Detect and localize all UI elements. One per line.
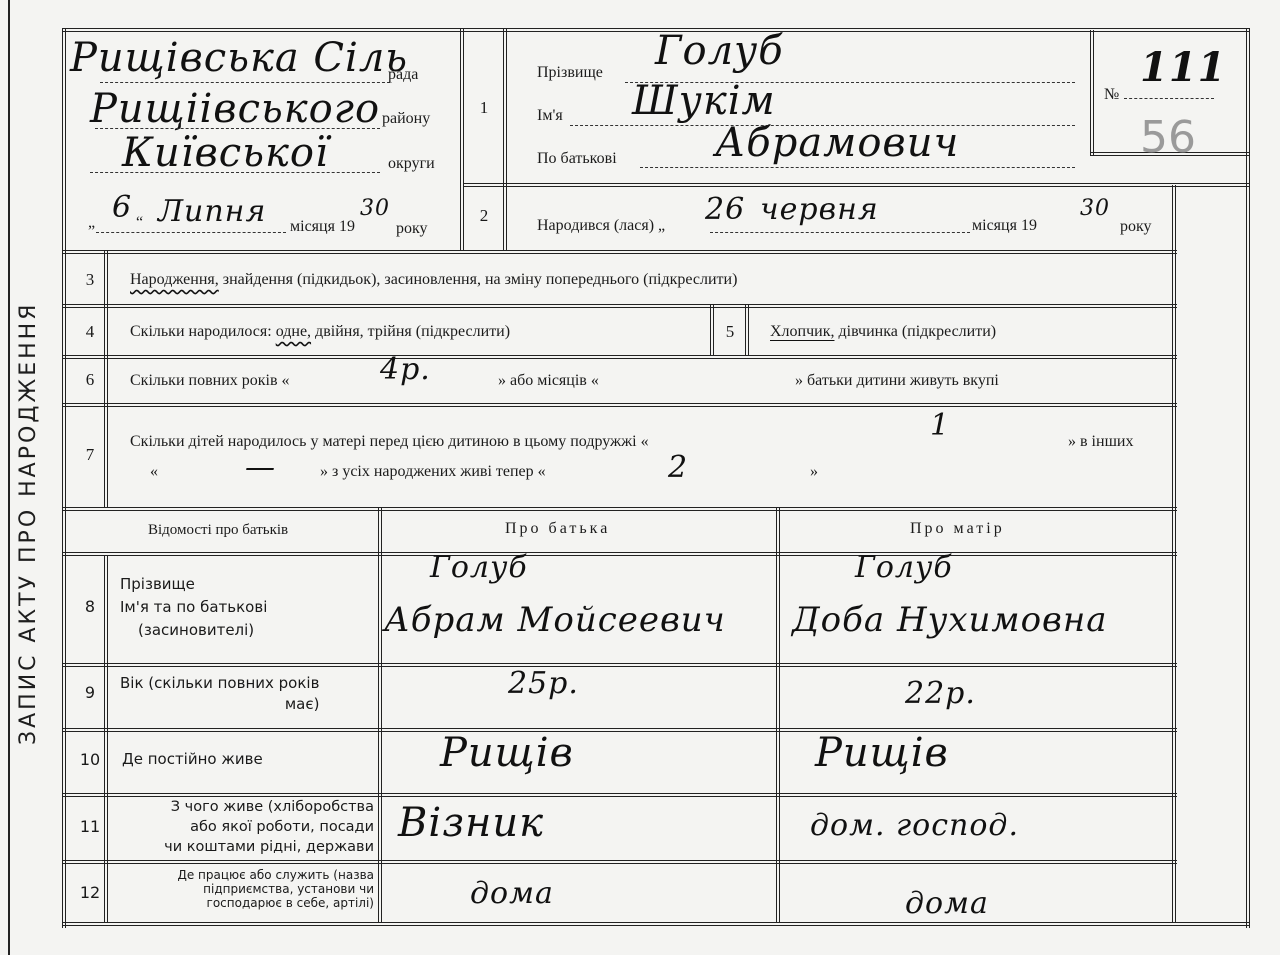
- header-section-divider: [463, 183, 1250, 187]
- mother-residence: Рищів: [815, 730, 949, 776]
- frame-right-border: [1246, 28, 1250, 928]
- reg-date-year-label: року: [396, 220, 428, 238]
- row-4-text: Скільки народилося: одне, двійня, трійня…: [130, 323, 510, 341]
- row-3-number: 3: [78, 270, 102, 290]
- row-7-line1-label: Скільки дітей народилось у матері перед …: [130, 433, 649, 451]
- row-10-number: 10: [78, 750, 102, 769]
- council-label: рада: [388, 66, 418, 84]
- row-11-label-line-1: З чого живе (хліборобства: [122, 797, 374, 817]
- born-year-label: року: [1120, 218, 1152, 236]
- parents-number-divider: [104, 555, 108, 922]
- reg-date-month: Липня: [158, 194, 266, 229]
- children-this-marriage: 1: [930, 408, 950, 443]
- okrug-value: Київської: [122, 130, 329, 176]
- row-4-top: [62, 304, 1177, 308]
- reg-date-day: 6: [112, 190, 132, 225]
- mother-age: 22р.: [905, 676, 976, 711]
- row-7-line1-end: » в інших: [1068, 433, 1133, 451]
- sex-options: дівчинка (підкреслити): [834, 323, 996, 340]
- row-11-label: З чого живе (хліборобства або якої робот…: [122, 797, 374, 857]
- born-line: [710, 232, 970, 233]
- row-6-top: [62, 355, 1177, 359]
- row-8-label-line-3: (засиновителі): [120, 619, 267, 642]
- row-7-line2-open: «: [150, 463, 158, 481]
- reg-date-quote-close: “: [136, 214, 143, 232]
- record-box-left: [1090, 30, 1094, 155]
- row-5-number: 5: [718, 322, 742, 342]
- district-value: Рищіівського: [90, 86, 380, 132]
- mother-name-patronymic: Доба Нухимовна: [792, 600, 1108, 640]
- row-9-top: [62, 663, 1177, 667]
- outer-left-rule: [8, 0, 10, 955]
- birth-type-options: знайдення (підкидьок), засиновлення, на …: [219, 271, 738, 288]
- row-8-label-line-1: Прізвище: [120, 573, 267, 596]
- parents-header-mother: Про матір: [910, 520, 1005, 538]
- mother-workplace: дома: [905, 886, 989, 921]
- birth-type-selected: Народження,: [130, 271, 219, 288]
- multiplicity-options: двійня, трійня (підкреслити): [311, 323, 510, 340]
- row-9-label-line-2: має): [120, 694, 319, 715]
- father-occupation: Візник: [398, 800, 544, 846]
- row-6-number: 6: [78, 370, 102, 390]
- row-12-number: 12: [78, 883, 102, 902]
- council-line: [100, 82, 390, 83]
- header-divider-right: [503, 28, 507, 250]
- row-12-top: [62, 860, 1177, 864]
- document-side-title: ЗАПИС АКТУ ПРО НАРОДЖЕННЯ: [16, 302, 41, 745]
- row-7-line2-close: »: [810, 463, 818, 481]
- row-11-label-line-3: чи коштами рідні, держави: [122, 837, 374, 857]
- row-12-label-line-3: господарює в себе, артілі): [122, 896, 374, 910]
- row-6-label-b: » або місяців «: [498, 372, 599, 390]
- parents-header-info: Відомості про батьків: [148, 522, 288, 539]
- first-name-value: Шукім: [632, 78, 776, 124]
- okrug-line: [90, 172, 380, 173]
- row-11-label-line-2: або якої роботи, посади: [122, 817, 374, 837]
- row-9-label: Вік (скільки повних років має): [120, 673, 319, 715]
- reg-date-month-label: місяця 19: [290, 218, 355, 236]
- row-11-number: 11: [78, 817, 102, 836]
- children-alive-now: 2: [668, 450, 688, 485]
- frame-bottom-border: [62, 922, 1250, 926]
- row-10-top: [62, 728, 1177, 732]
- children-other-marriages: —: [245, 450, 276, 485]
- parents-header-father: Про батька: [505, 520, 610, 538]
- born-label: Народився (лася) „: [537, 217, 665, 235]
- born-year: 30: [1080, 196, 1110, 221]
- record-number-line: [1124, 98, 1214, 99]
- mother-occupation: дом. господ.: [810, 808, 1019, 843]
- patronymic-label: По батькові: [537, 150, 617, 168]
- father-residence: Рищів: [440, 730, 574, 776]
- sex-selected: Хлопчик,: [770, 323, 834, 340]
- row-12-label-line-2: підприємства, установи чи: [122, 882, 374, 896]
- father-surname: Голуб: [430, 550, 528, 585]
- first-name-label: Ім'я: [537, 107, 563, 125]
- patronymic-line: [640, 167, 1075, 168]
- pencil-note: 56: [1140, 112, 1196, 163]
- patronymic-value: Абрамович: [715, 120, 959, 166]
- row-4-5-divider-a: [710, 304, 714, 355]
- row-7-line2-mid: » з усіх народжених живі тепер «: [320, 463, 546, 481]
- row-4-number: 4: [78, 322, 102, 342]
- parents-header-top: [62, 507, 1177, 511]
- multiplicity-selected: одне,: [276, 323, 311, 340]
- parents-together-years: 4р.: [380, 352, 431, 387]
- born-month-label: місяця 19: [972, 217, 1037, 235]
- okrug-label: округи: [388, 155, 435, 173]
- section-2-right-border: [1172, 185, 1176, 250]
- record-number-value: 111: [1140, 44, 1227, 91]
- row-3-text: Народження, знайдення (підкидьок), засин…: [130, 271, 737, 289]
- born-day: 26: [705, 192, 745, 227]
- father-age: 25р.: [508, 666, 579, 701]
- reg-date-quote-open: „: [88, 214, 95, 232]
- row-8-label-line-2: Ім'я та по батькові: [120, 596, 267, 619]
- rows-right-border: [1172, 250, 1176, 922]
- row-7-top: [62, 403, 1177, 407]
- row-6-label-c: » батьки дитини живуть вкупі: [795, 372, 999, 390]
- row-8-number: 8: [78, 597, 102, 616]
- father-name-patronymic: Абрам Мойсеевич: [384, 600, 726, 640]
- parents-header-bottom: [62, 552, 1177, 556]
- section-2-number: 2: [472, 206, 496, 226]
- born-month: червня: [760, 192, 879, 227]
- council-value: Рищівська Сіль: [70, 35, 408, 81]
- reg-date-line: [96, 232, 286, 233]
- mother-surname: Голуб: [855, 550, 953, 585]
- surname-value: Голуб: [655, 28, 784, 74]
- row-9-label-line-1: Вік (скільки повних років: [120, 673, 319, 694]
- header-divider-left: [460, 28, 464, 250]
- row-10-label: Де постійно живе: [122, 750, 263, 768]
- row-6-label-a: Скільки повних років «: [130, 372, 290, 390]
- surname-label: Прізвище: [537, 64, 603, 82]
- row-5-text: Хлопчик, дівчинка (підкреслити): [770, 323, 996, 341]
- row-8-label: Прізвище Ім'я та по батькові (засиновите…: [120, 573, 267, 642]
- father-workplace: дома: [470, 876, 554, 911]
- rows-number-divider: [104, 250, 108, 507]
- record-number-label: №: [1104, 86, 1119, 104]
- section-1-number: 1: [472, 98, 496, 118]
- row-12-label-line-1: Де працює або служить (назва: [122, 868, 374, 882]
- row-9-number: 9: [78, 683, 102, 702]
- row-7-number: 7: [78, 445, 102, 465]
- row-3-top: [62, 250, 1177, 254]
- multiplicity-prefix: Скільки народилося:: [130, 323, 276, 340]
- row-12-label: Де працює або служить (назва підприємств…: [122, 868, 374, 910]
- reg-date-year: 30: [360, 196, 390, 221]
- row-4-5-divider-b: [745, 304, 749, 355]
- district-label: району: [382, 110, 430, 128]
- district-line: [95, 128, 380, 129]
